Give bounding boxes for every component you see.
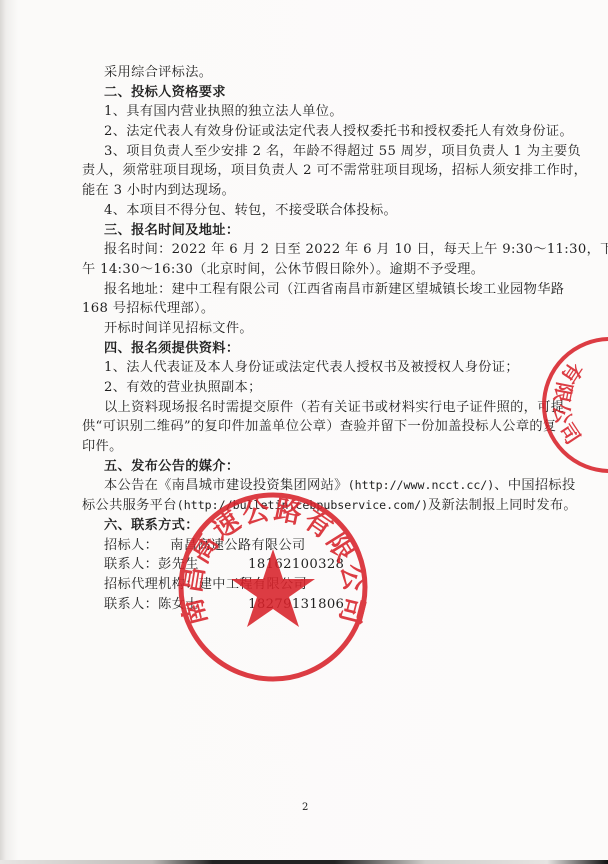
text-line: 责人，须常驻项目现场，项目负责人 2 可不需常驻项目现场，招标人须安排工作时， — [82, 161, 534, 181]
contact-value: 南昌高速公路有限公司 — [170, 536, 305, 556]
section-heading-contact: 六、联系方式： — [82, 516, 534, 536]
contact-row: 招标代理机构：建中工程有限公司 — [82, 575, 534, 595]
contact-row: 招标人：南昌高速公路有限公司 — [82, 536, 534, 556]
contact-value: 彭先生 — [158, 555, 248, 575]
contact-value: 陈女士 — [158, 595, 248, 615]
contact-row: 联系人：陈女士18279131806 — [82, 595, 534, 615]
contact-label: 招标代理机构： — [104, 577, 199, 592]
contact-label: 联系人： — [104, 597, 158, 612]
section-heading-qualifications: 二、投标人资格要求 — [82, 83, 534, 103]
text-line: 能在 3 小时内到达现场。 — [82, 181, 534, 201]
text-line: 报名地址：建中工程有限公司（江西省南昌市新建区望城镇长埈工业园物华路 — [82, 280, 534, 300]
text-line: 供“可识别二维码”的复印件加盖单位公章）查验并留下一份加盖投标人公章的复 — [82, 417, 534, 437]
media-text: 本公告在《南昌城市建设投资集团网站》 — [104, 478, 348, 493]
media-line: 本公告在《南昌城市建设投资集团网站》(http://www.ncct.cc/)、… — [82, 476, 534, 496]
text-line: 2、有效的营业执照副本； — [82, 378, 534, 398]
text-line: 午 14:30～16:30（北京时间，公休节假日除外）。逾期不予受理。 — [82, 260, 534, 280]
section-heading-media: 五、发布公告的媒介： — [82, 457, 534, 477]
text-line: 1、法人代表证及本人身份证或法定代表人授权书及被授权人身份证； — [82, 358, 534, 378]
media-line: 标公共服务平台(http://bulletin.cebpubservice.co… — [82, 496, 534, 516]
document-page: 采用综合评标法。 二、投标人资格要求 1、具有国内营业执照的独立法人单位。 2、… — [0, 0, 608, 864]
text-line: 采用综合评标法。 — [82, 63, 534, 83]
contact-label: 联系人： — [104, 557, 158, 572]
section-heading-materials: 四、报名须提供资料： — [82, 339, 534, 359]
contact-row: 联系人：彭先生18162100328 — [82, 555, 534, 575]
contact-phone: 18162100328 — [248, 557, 344, 572]
text-line: 印件。 — [82, 437, 534, 457]
text-line: 2、法定代表人有效身份证或法定代表人授权委托书和授权委托人有效身份证。 — [82, 122, 534, 142]
contact-label: 招标人： — [104, 538, 158, 553]
text-line: 报名时间：2022 年 6 月 2 日至 2022 年 6 月 10 日，每天上… — [82, 240, 534, 260]
page-number: 2 — [302, 802, 308, 813]
text-line: 168 号招标代理部）。 — [82, 299, 534, 319]
text-line: 以上资料现场报名时需提交原件（若有关证书或材料实行电子证件照的，可提 — [82, 398, 534, 418]
text-line: 1、具有国内营业执照的独立法人单位。 — [82, 102, 534, 122]
text-line: 开标时间详见招标文件。 — [82, 319, 534, 339]
cebpubservice-url-link[interactable]: (http://bulletin.cebpubservice.com/) — [177, 498, 428, 512]
text-line: 4、本项目不得分包、转包，不接受联合体投标。 — [82, 201, 534, 221]
contact-phone: 18279131806 — [248, 597, 344, 612]
contact-value: 建中工程有限公司 — [199, 575, 307, 595]
section-heading-registration: 三、报名时间及地址： — [82, 221, 534, 241]
media-text: 、中国招标投 — [494, 478, 575, 493]
media-text: 标公共服务平台 — [82, 498, 177, 513]
ncct-url-link[interactable]: (http://www.ncct.cc/) — [348, 478, 495, 492]
media-text: 及新法制报上同时发布。 — [428, 498, 577, 513]
scan-edge-divider — [0, 860, 608, 864]
document-body: 采用综合评标法。 二、投标人资格要求 1、具有国内营业执照的独立法人单位。 2、… — [82, 63, 534, 614]
text-line: 3、项目负责人至少安排 2 名，年龄不得超过 55 周岁，项目负责人 1 为主要… — [82, 142, 534, 162]
